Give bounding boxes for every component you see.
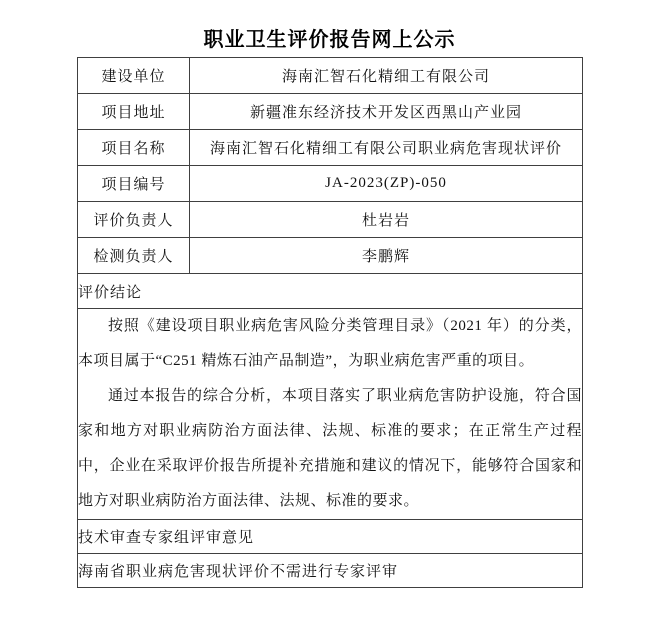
row-label-project-number: 项目编号 [78, 166, 190, 202]
row-value-project-address: 新疆准东经济技术开发区西黑山产业园 [190, 94, 583, 130]
row-value-project-name: 海南汇智石化精细工有限公司职业病危害现状评价 [190, 130, 583, 166]
row-value-testing-leader: 李鹏辉 [190, 238, 583, 274]
row-label-construction-unit: 建设单位 [78, 58, 190, 94]
table-row: 检测负责人 李鹏辉 [78, 238, 583, 274]
review-note: 海南省职业病危害现状评价不需进行专家评审 [78, 554, 583, 588]
table-row: 项目编号 JA-2023(ZP)-050 [78, 166, 583, 202]
row-label-project-name: 项目名称 [78, 130, 190, 166]
row-value-project-number: JA-2023(ZP)-050 [190, 166, 583, 202]
row-label-project-address: 项目地址 [78, 94, 190, 130]
table-row: 按照《建设项目职业病危害风险分类管理目录》（2021 年）的分类，本项目属于“C… [78, 309, 583, 520]
review-header: 技术审查专家组评审意见 [78, 520, 583, 554]
report-table: 建设单位 海南汇智石化精细工有限公司 项目地址 新疆准东经济技术开发区西黑山产业… [77, 57, 583, 588]
row-value-evaluation-leader: 杜岩岩 [190, 202, 583, 238]
conclusion-paragraph-2: 通过本报告的综合分析，本项目落实了职业病危害防护设施，符合国家和地方对职业病防治… [78, 379, 582, 519]
conclusion-paragraph-1: 按照《建设项目职业病危害风险分类管理目录》（2021 年）的分类，本项目属于“C… [78, 309, 582, 379]
row-value-construction-unit: 海南汇智石化精细工有限公司 [190, 58, 583, 94]
conclusion-header: 评价结论 [78, 274, 583, 309]
document-page: 职业卫生评价报告网上公示 建设单位 海南汇智石化精细工有限公司 项目地址 新疆准… [0, 0, 650, 628]
table-row: 评价结论 [78, 274, 583, 309]
table-row: 项目名称 海南汇智石化精细工有限公司职业病危害现状评价 [78, 130, 583, 166]
table-row: 海南省职业病危害现状评价不需进行专家评审 [78, 554, 583, 588]
row-label-evaluation-leader: 评价负责人 [78, 202, 190, 238]
conclusion-body: 按照《建设项目职业病危害风险分类管理目录》（2021 年）的分类，本项目属于“C… [78, 309, 583, 520]
row-label-testing-leader: 检测负责人 [78, 238, 190, 274]
table-row: 评价负责人 杜岩岩 [78, 202, 583, 238]
table-row: 技术审查专家组评审意见 [78, 520, 583, 554]
table-row: 建设单位 海南汇智石化精细工有限公司 [78, 58, 583, 94]
table-row: 项目地址 新疆准东经济技术开发区西黑山产业园 [78, 94, 583, 130]
page-title: 职业卫生评价报告网上公示 [77, 27, 582, 53]
